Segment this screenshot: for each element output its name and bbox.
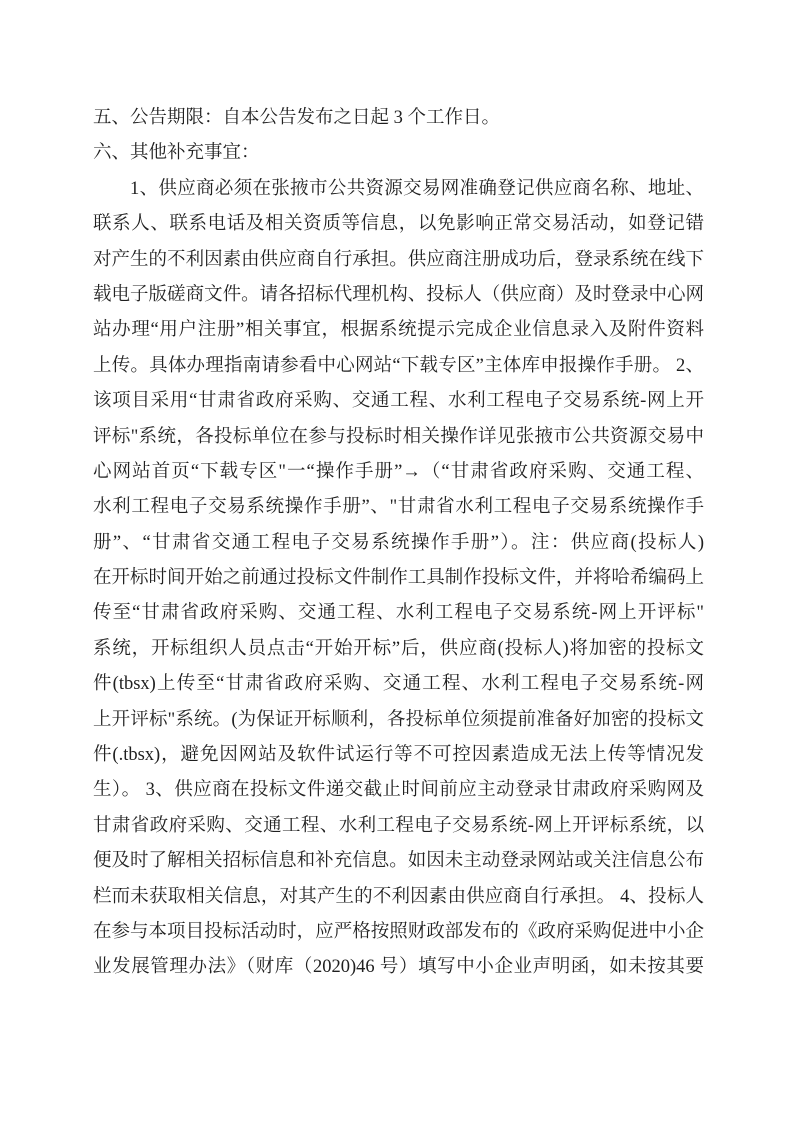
text-line: 便及时了解相关招标信息和补充信息。如因未主动登录网站或关注信息公布 [93,844,704,879]
text-line: 水利工程电子交易系统操作手册”、"甘肃省水利工程电子交易系统操作手 [93,490,704,525]
document-body: 五、公告期限：自本公告发布之日起 3 个工作日。 六、其他补充事宜： 1、供应商… [93,101,704,986]
text-line: 站办理“用户注册”相关事宜，根据系统提示完成企业信息录入及附件资料 [93,313,704,348]
text-line: 1、供应商必须在张掖市公共资源交易网准确登记供应商名称、地址、 [93,172,704,207]
text-line: 评标"系统，各投标单位在参与投标时相关操作详见张掖市公共资源交易中 [93,420,704,455]
text-line: 上开评标"系统。(为保证开标顺利，各投标单位须提前准备好加密的投标文 [93,703,704,738]
text-line: 在开标时间开始之前通过投标文件制作工具制作投标文件，并将哈希编码上 [93,561,704,596]
text-line: 册”、“甘肃省交通工程电子交易系统操作手册”）。注：供应商(投标人) [93,526,704,561]
text-line: 系统，开标组织人员点击“开始开标”后，供应商(投标人)将加密的投标文 [93,632,704,667]
text-line: 业发展管理办法》（财库（2020)46 号）填写中小企业声明函，如未按其要 [93,950,704,985]
heading-line-announcement-period: 五、公告期限：自本公告发布之日起 3 个工作日。 [93,101,704,136]
text-line: 栏而未获取相关信息，对其产生的不利因素由供应商自行承担。 4、投标人 [93,880,704,915]
text-line: 件(.tbsx)，避免因网站及软件试运行等不可控因素造成无法上传等情况发 [93,738,704,773]
text-line: 甘肃省政府采购、交通工程、水利工程电子交易系统-网上开评标系统，以 [93,809,704,844]
text-line: 对产生的不利因素由供应商自行承担。供应商注册成功后，登录系统在线下 [93,243,704,278]
text-line: 心网站首页“下载专区"一“操作手册”→（“甘肃省政府采购、交通工程、 [93,455,704,490]
heading-line-other-matters: 六、其他补充事宜： [93,136,704,171]
text-line: 在参与本项目投标活动时，应严格按照财政部发布的《政府采购促进中小企 [93,915,704,950]
text-line: 件(tbsx)上传至“甘肃省政府采购、交通工程、水利工程电子交易系统-网 [93,667,704,702]
text-line: 上传。具体办理指南请参看中心网站“下载专区”主体库申报操作手册。 2、 [93,349,704,384]
document-page: 五、公告期限：自本公告发布之日起 3 个工作日。 六、其他补充事宜： 1、供应商… [0,0,793,1122]
text-line: 联系人、联系电话及相关资质等信息，以免影响正常交易活动，如登记错误， [93,207,704,242]
text-line: 该项目采用“甘肃省政府采购、交通工程、水利工程电子交易系统-网上开 [93,384,704,419]
text-line: 载电子版磋商文件。请各招标代理机构、投标人（供应商）及时登录中心网 [93,278,704,313]
text-line: 传至“甘肃省政府采购、交通工程、水利工程电子交易系统-网上开评标" [93,596,704,631]
text-line: 生）。 3、供应商在投标文件递交截止时间前应主动登录甘肃政府采购网及 [93,773,704,808]
